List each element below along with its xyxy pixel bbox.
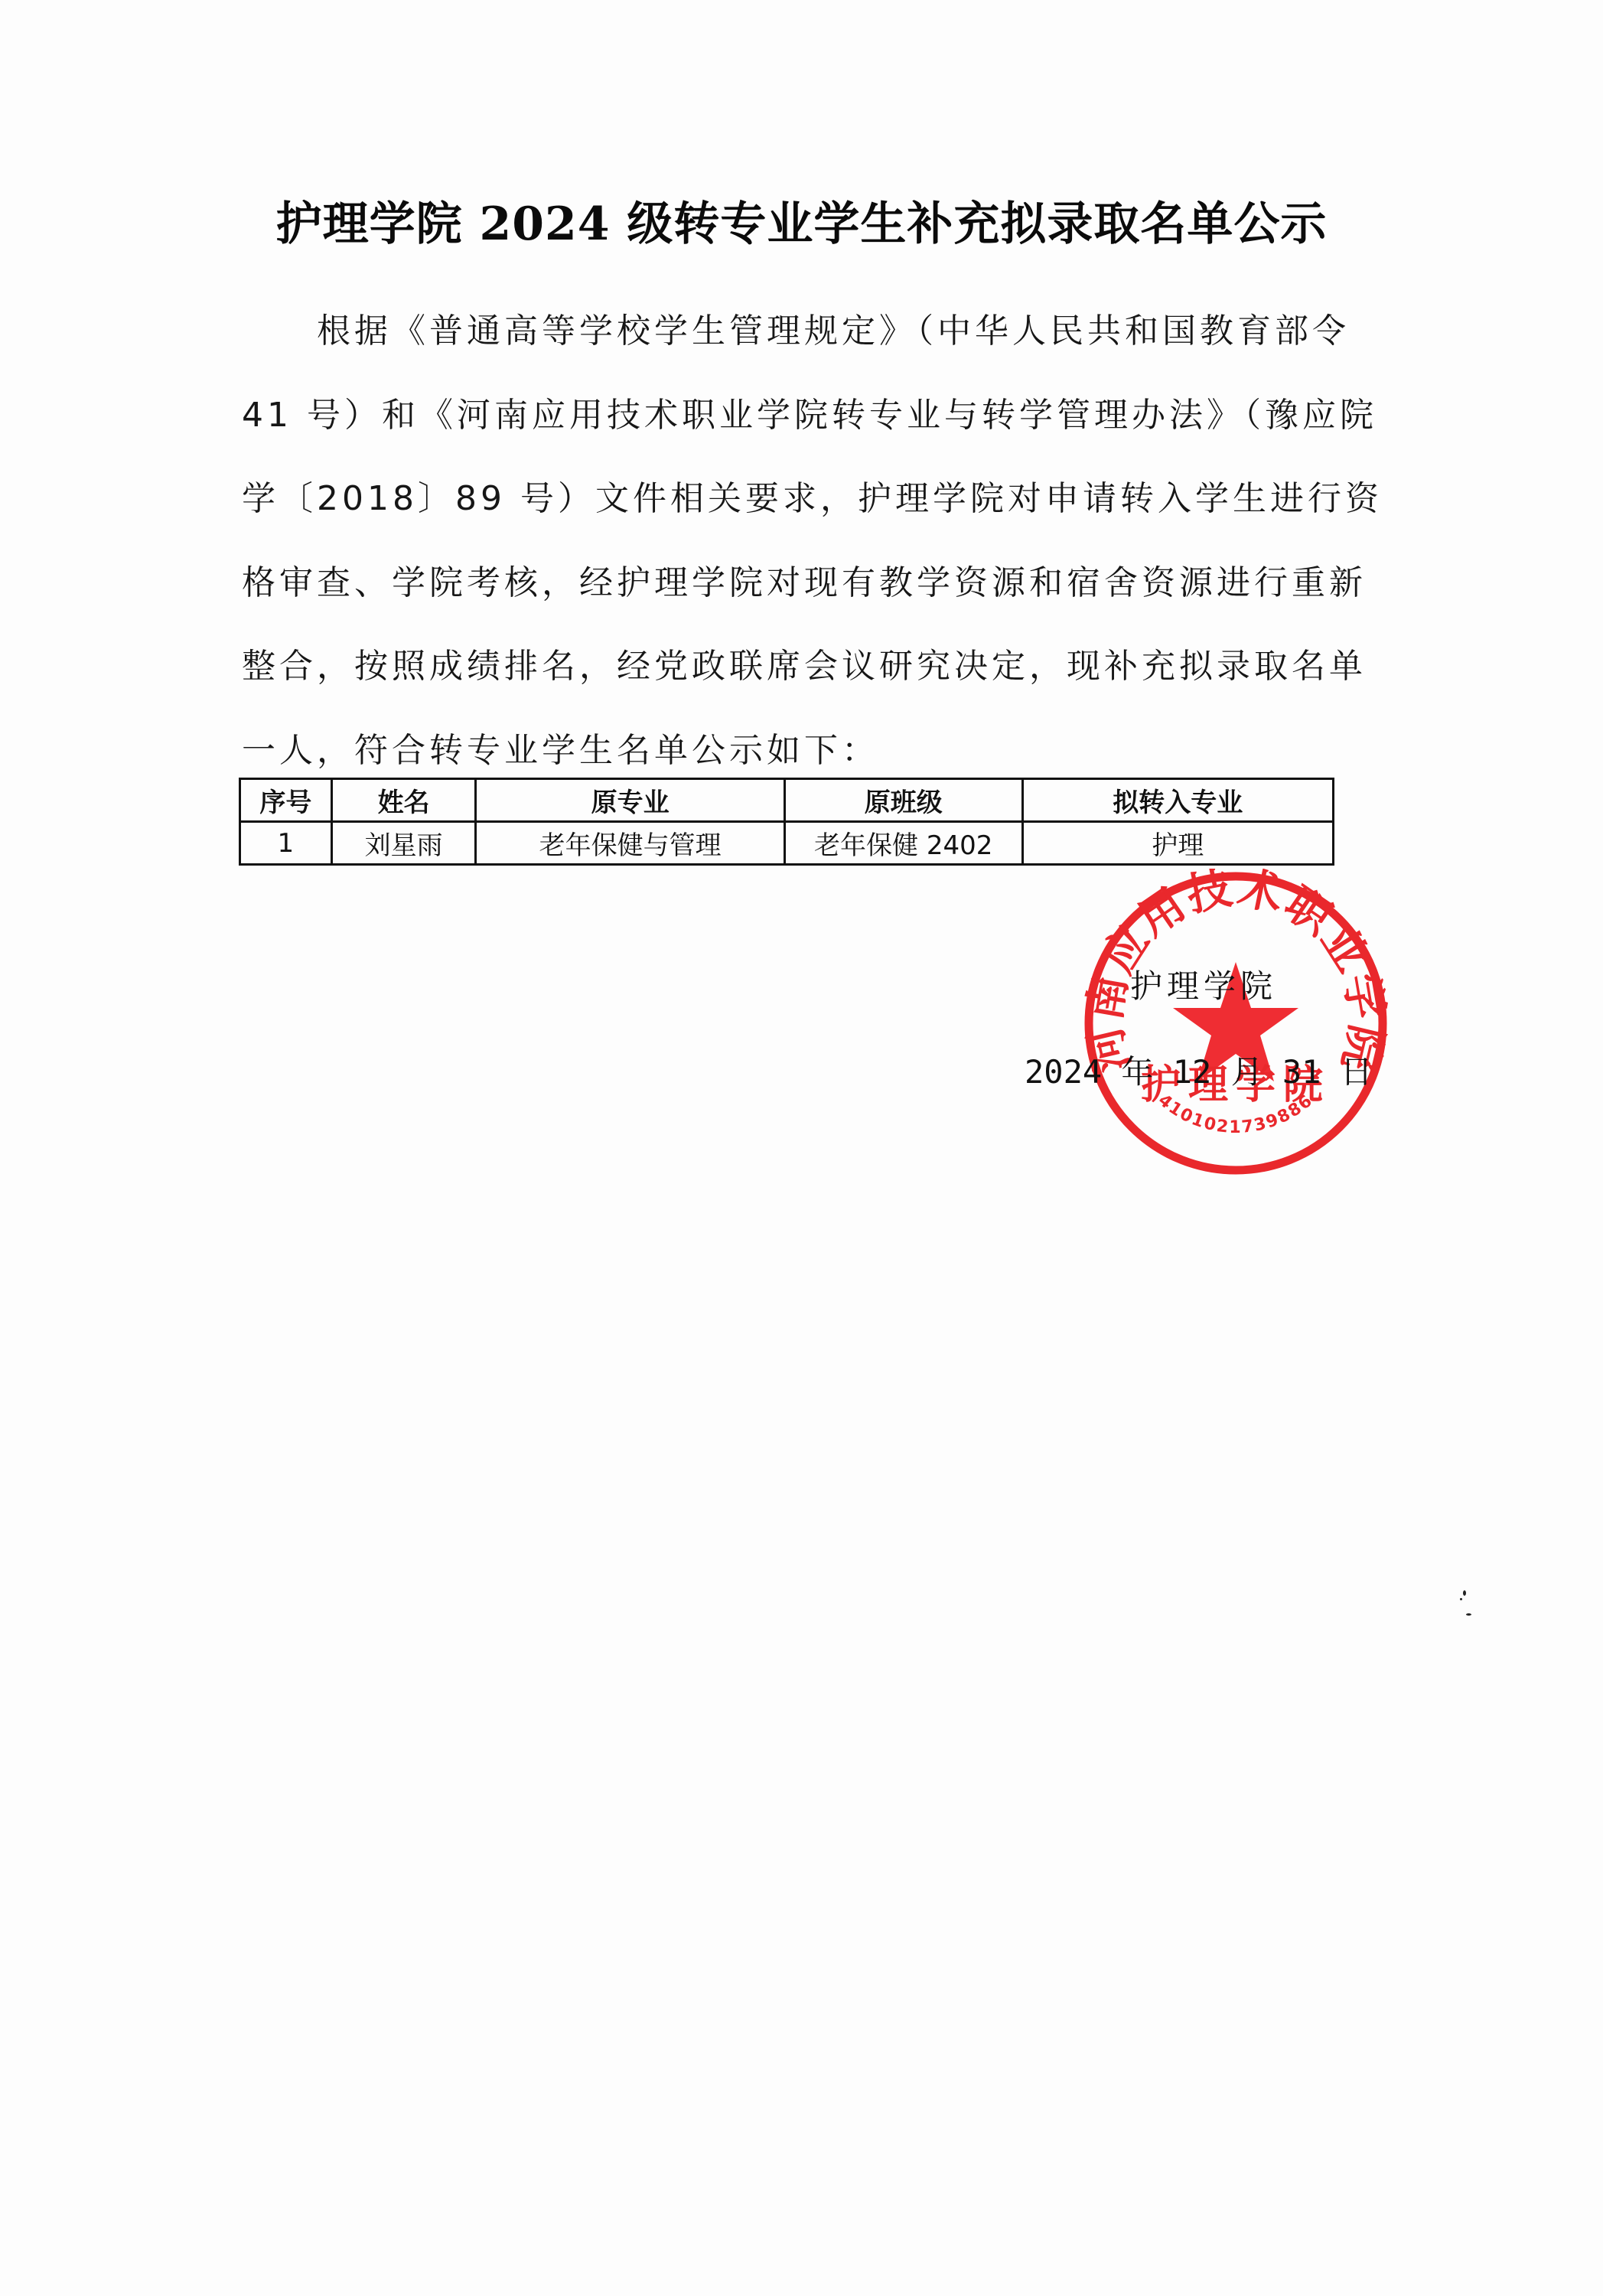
paragraph-line: 格审查、学院考核，经护理学院对现有教学资源和宿舍资源进行重新 bbox=[242, 541, 1359, 625]
paragraph-line: 41 号）和《河南应用技术职业学院转专业与转学管理办法》（豫应院 bbox=[242, 373, 1359, 458]
scan-speck bbox=[1466, 1613, 1471, 1616]
table-row: 1 刘星雨 老年保健与管理 老年保健 2402 护理 bbox=[240, 822, 1334, 865]
signature-date: 2024 年 12 月 31 日 bbox=[1025, 1047, 1373, 1093]
paragraph-line: 学〔2018〕89 号）文件相关要求，护理学院对申请转入学生进行资 bbox=[242, 457, 1359, 541]
scan-speck bbox=[1463, 1590, 1466, 1596]
cell-target-major: 护理 bbox=[1022, 822, 1333, 865]
table-header-row: 序号 姓名 原专业 原班级 拟转入专业 bbox=[240, 779, 1334, 822]
scan-speck bbox=[1460, 1598, 1462, 1600]
body-paragraph: 根据《普通高等学校学生管理规定》（中华人民共和国教育部令 41 号）和《河南应用… bbox=[242, 289, 1359, 792]
header-serial-number: 序号 bbox=[240, 779, 332, 822]
signature-organization: 护理学院 bbox=[1130, 961, 1277, 1007]
student-roster-table: 序号 姓名 原专业 原班级 拟转入专业 1 刘星雨 老年保健与管理 老年保健 2… bbox=[239, 778, 1334, 866]
cell-original-major: 老年保健与管理 bbox=[476, 822, 784, 865]
header-original-major: 原专业 bbox=[476, 779, 784, 822]
cell-serial-number: 1 bbox=[240, 822, 332, 865]
official-seal-icon: 河南应用技术职业学院 护理学院 4101021739886 bbox=[1081, 869, 1390, 1178]
cell-name: 刘星雨 bbox=[331, 822, 476, 865]
document-title: 护理学院 2024 级转专业学生补充拟录取名单公示 bbox=[0, 188, 1603, 253]
cell-original-class: 老年保健 2402 bbox=[784, 822, 1022, 865]
header-target-major: 拟转入专业 bbox=[1022, 779, 1333, 822]
header-name: 姓名 bbox=[331, 779, 476, 822]
paragraph-line: 整合，按照成绩排名，经党政联席会议研究决定，现补充拟录取名单 bbox=[242, 625, 1359, 709]
header-original-class: 原班级 bbox=[784, 779, 1022, 822]
paragraph-line: 根据《普通高等学校学生管理规定》（中华人民共和国教育部令 bbox=[242, 289, 1359, 373]
